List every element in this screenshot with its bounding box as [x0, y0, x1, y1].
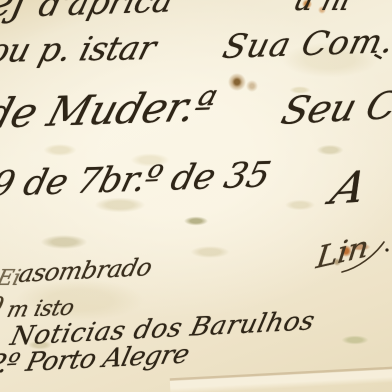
paper-crease	[170, 366, 392, 392]
handwriting-line1-cut-fragment: u ni	[291, 0, 354, 16]
manuscript-page: ej d'aprica u ni ou p. istar Sua Com. - …	[0, 0, 392, 392]
handwriting-line2-left: ou p. istar	[0, 31, 159, 67]
handwriting-line1: d'aprica	[36, 0, 177, 21]
flourish-stroke	[340, 238, 392, 278]
handwriting-capital-a: A	[325, 166, 372, 212]
handwriting-line3-right: Seu C	[278, 86, 392, 130]
handwriting-line6-partial: 9	[0, 294, 6, 318]
handwriting-line5-word: asombrado	[16, 255, 154, 286]
handwriting-line2-right: Sua Com.	[220, 24, 392, 63]
handwriting-line3-left: de Muder.ª	[0, 86, 219, 135]
handwriting-line8: P.º Porto Alegre	[0, 342, 192, 378]
handwriting-date-line: 9 de 7br.º de 35	[0, 158, 273, 203]
handwriting-line1-flourish: ej	[0, 0, 30, 24]
